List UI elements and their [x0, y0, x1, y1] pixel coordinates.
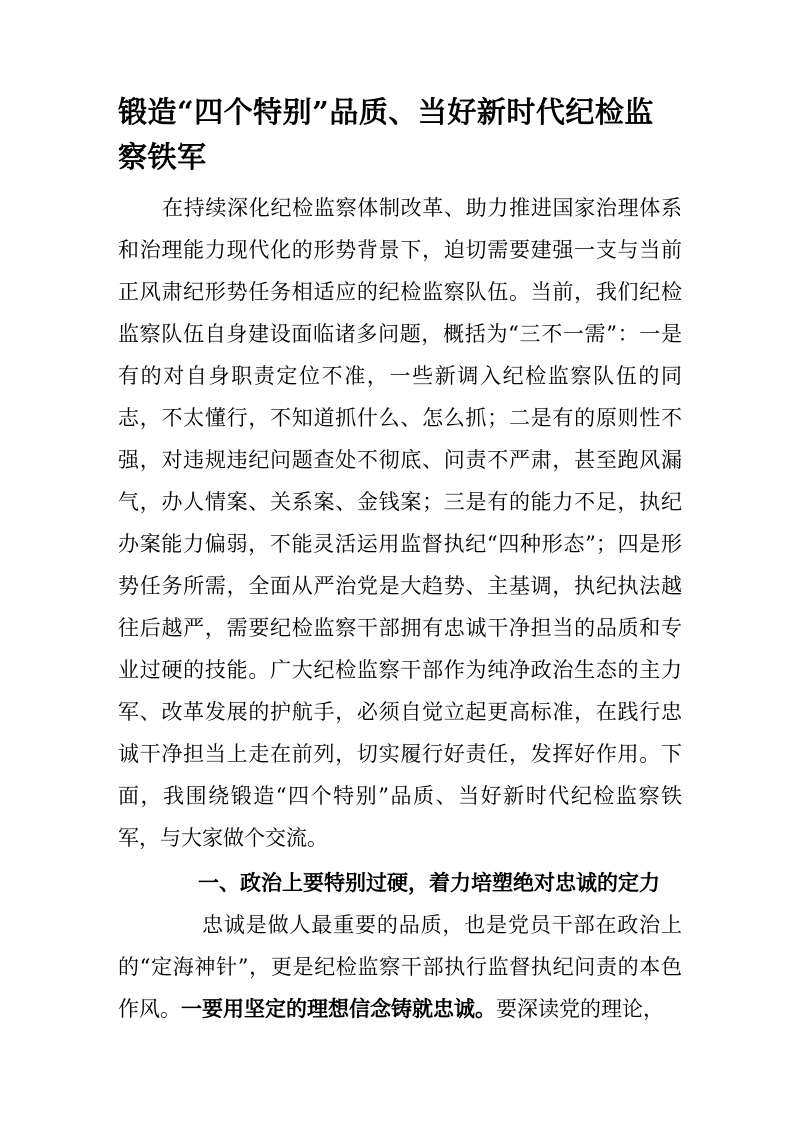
document-content: 锻造“四个特别”品质、当好新时代纪检监察铁军 在持续深化纪检监察体制改革、助力推…	[118, 90, 682, 1030]
intro-paragraph: 在持续深化纪检监察体制改革、助力推进国家治理体系和治理能力现代化的形势背景下，迫…	[118, 187, 682, 859]
document-title: 锻造“四个特别”品质、当好新时代纪检监察铁军	[118, 90, 682, 180]
section-1-paragraph: 忠诚是做人最重要的品质，也是党员干部在政治上的“定海神针”，更是纪检监察干部执行…	[118, 904, 682, 1030]
section-1-bold-phrase: 一要用坚定的理想信念铸就忠诚。	[181, 996, 496, 1021]
section-1-text-after-bold: 要深读党的理论，	[496, 997, 664, 1021]
document-page: 锻造“四个特别”品质、当好新时代纪检监察铁军 在持续深化纪检监察体制改革、助力推…	[0, 0, 794, 1122]
section-1-heading: 一、政治上要特别过硬，着力培塑绝对忠诚的定力	[118, 862, 682, 904]
